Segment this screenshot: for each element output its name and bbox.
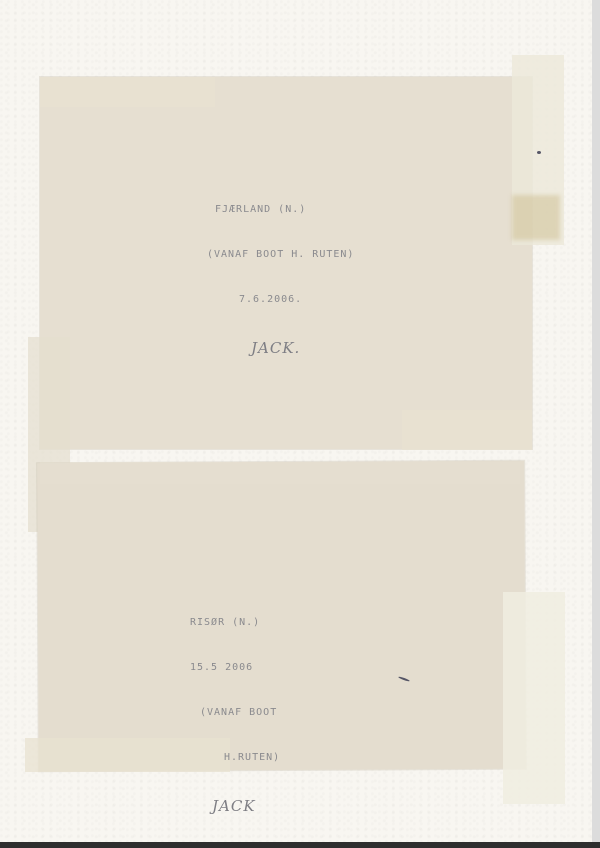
tape-top-left — [40, 77, 215, 107]
top-signature: JACK. — [251, 337, 354, 360]
top-date: 7.6.2006. — [239, 292, 354, 307]
board-right-edge — [592, 0, 600, 848]
bottom-signature: JACK — [212, 795, 280, 818]
top-source: (VANAF BOOT H. RUTEN) — [207, 247, 354, 262]
tape-bottom-top — [40, 462, 520, 484]
artwork-sheet-bottom — [37, 461, 526, 772]
bottom-source-1: (VANAF BOOT — [200, 705, 280, 720]
board-bottom-edge — [0, 842, 600, 848]
tape-bottom-right — [503, 592, 565, 804]
top-inscription: FJÆRLAND (N.) (VANAF BOOT H. RUTEN) 7.6.… — [215, 172, 354, 375]
bottom-place: RISØR (N.) — [190, 615, 280, 630]
bottom-inscription: RISØR (N.) 15.5 2006 (VANAF BOOT H.RUTEN… — [190, 585, 280, 833]
top-place: FJÆRLAND (N.) — [215, 202, 354, 217]
bottom-source-2: H.RUTEN) — [224, 750, 280, 765]
tape-stain — [512, 195, 560, 240]
pencil-mark — [537, 151, 541, 154]
tape-top-bottom-right — [402, 410, 532, 450]
bottom-date: 15.5 2006 — [190, 660, 280, 675]
